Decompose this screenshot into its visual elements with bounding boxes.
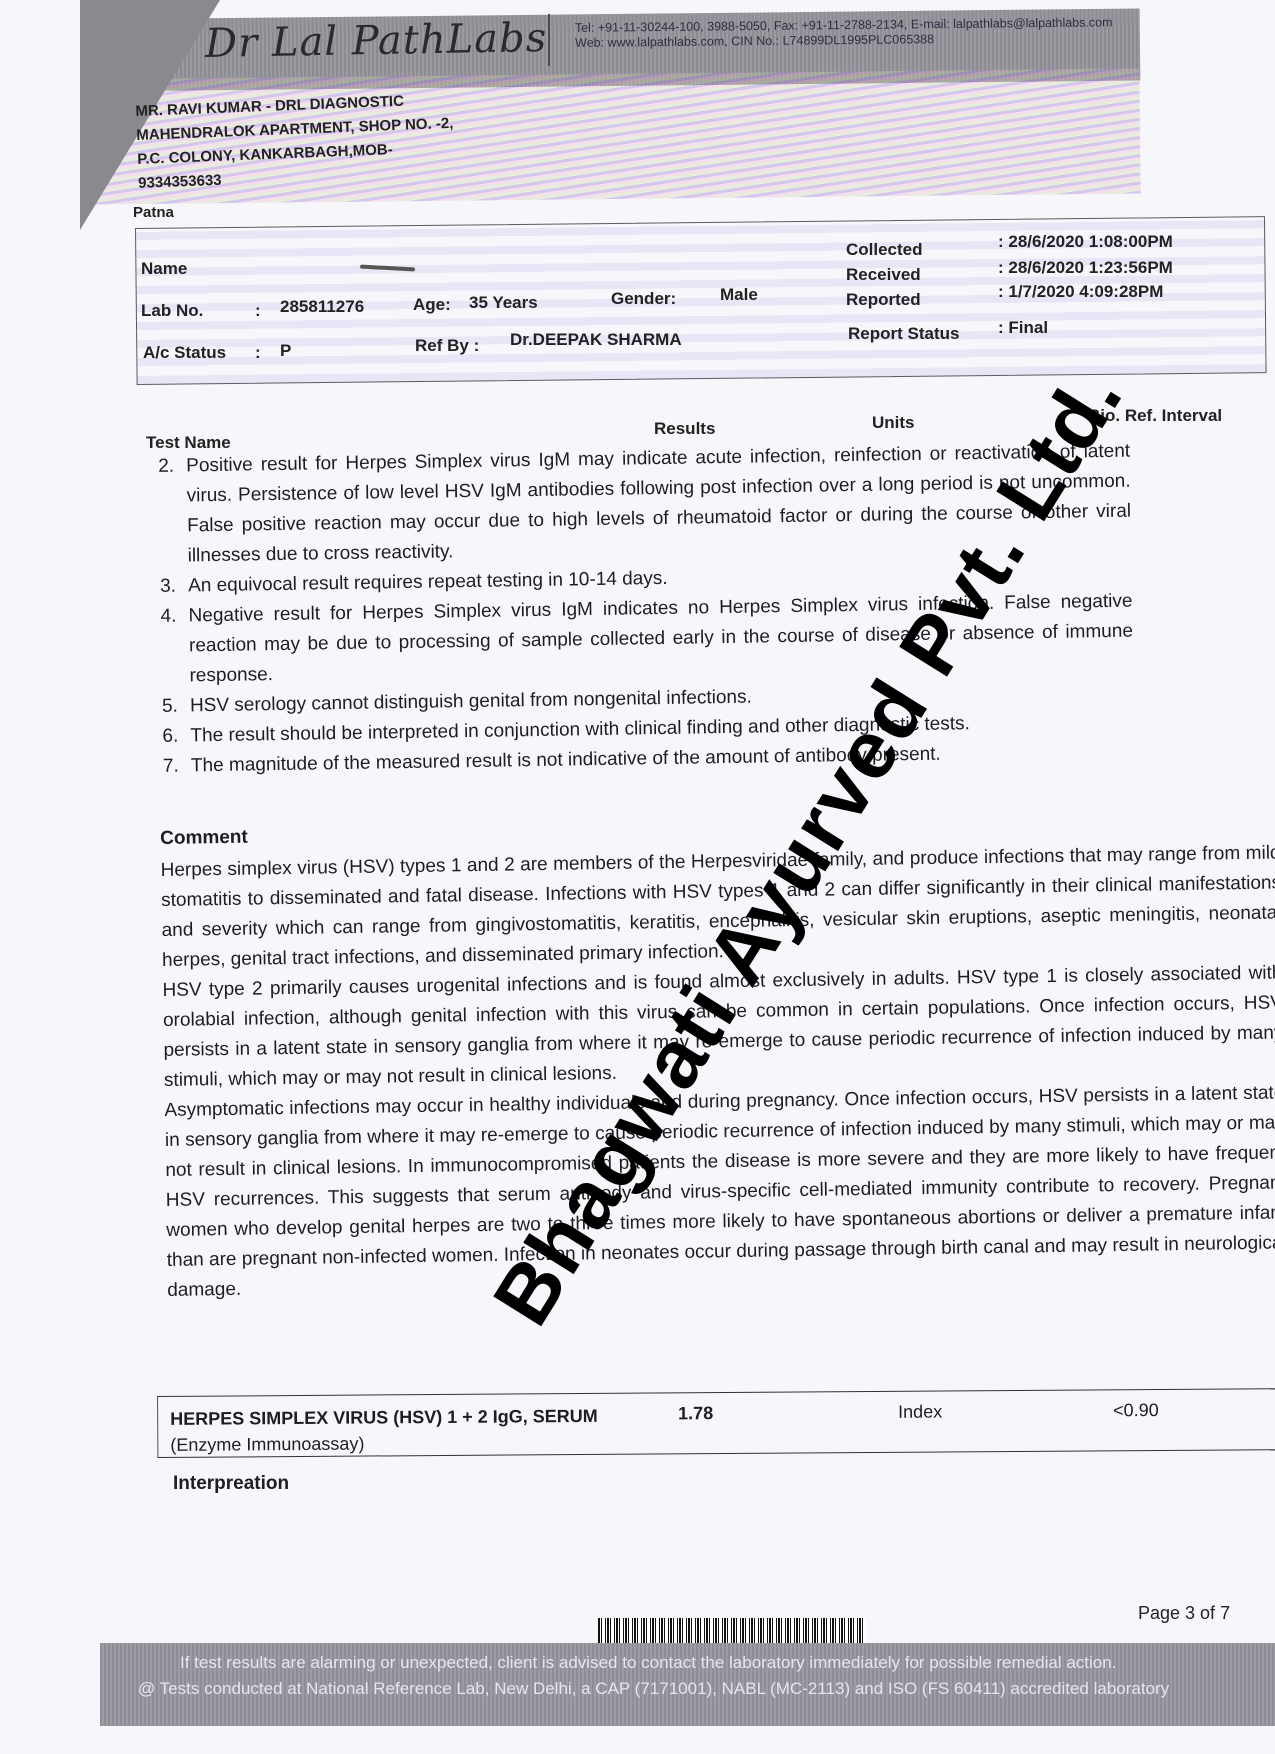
col-results: Results — [654, 419, 715, 439]
collected-value: : 28/6/2020 1:08:00PM — [998, 232, 1173, 252]
lab-no-label: Lab No. — [141, 301, 203, 321]
comment-paragraph: Asymptomatic infections may occur in hea… — [164, 1078, 1275, 1306]
collection-center-address: MR. RAVI KUMAR - DRL DIAGNOSTIC MAHENDRA… — [135, 88, 456, 196]
reported-value: : 1/7/2020 4:09:28PM — [998, 282, 1163, 302]
result-value: 1.78 — [678, 1403, 713, 1424]
name-label: Name — [141, 259, 187, 279]
result-test-name: HERPES SIMPLEX VIRUS (HSV) 1 + 2 IgG, SE… — [170, 1406, 598, 1430]
separator: : — [255, 301, 261, 321]
page-number: Page 3 of 7 — [1138, 1603, 1230, 1624]
report-status-value: : Final — [998, 318, 1048, 338]
report-status-label: Report Status — [848, 324, 959, 344]
age-label: Age: — [413, 295, 451, 315]
result-row: HERPES SIMPLEX VIRUS (HSV) 1 + 2 IgG, SE… — [157, 1388, 1275, 1458]
ref-by-label: Ref By : — [415, 336, 479, 356]
result-unit: Index — [898, 1402, 942, 1423]
collected-label: Collected — [846, 240, 923, 260]
note-number: 2. — [158, 452, 174, 482]
gender-value: Male — [720, 285, 758, 305]
footer-disclaimer: If test results are alarming or unexpect… — [180, 1653, 1116, 1673]
result-ref-interval: <0.90 — [1113, 1400, 1159, 1421]
note-text: An equivocal result requires repeat test… — [188, 568, 668, 597]
separator: : — [255, 343, 261, 363]
collection-city: Patna — [133, 204, 174, 221]
ac-status-value: P — [280, 341, 291, 361]
ac-status-label: A/c Status — [143, 343, 226, 363]
note-number: 3. — [160, 572, 176, 602]
note-number: 7. — [163, 752, 179, 782]
note-number: 5. — [162, 692, 178, 722]
note-number: 4. — [160, 602, 176, 632]
footer-band: If test results are alarming or unexpect… — [100, 1643, 1275, 1726]
footer-accreditation: @ Tests conducted at National Reference … — [138, 1679, 1169, 1699]
lab-logo: Dr Lal PathLabs — [205, 15, 548, 67]
note-number: 6. — [162, 722, 178, 752]
lab-report-page: Dr Lal PathLabs Tel: +91-11-30244-100, 3… — [0, 0, 1275, 1754]
header-divider — [548, 14, 550, 66]
lab-contact: Tel: +91-11-30244-100, 3988-5050, Fax: +… — [575, 15, 1135, 51]
reported-label: Reported — [846, 290, 921, 310]
age-value: 35 Years — [469, 293, 538, 313]
note-text: HSV serology cannot distinguish genital … — [190, 687, 752, 717]
result-method: (Enzyme Immunoassay) — [170, 1434, 364, 1456]
received-value: : 28/6/2020 1:23:56PM — [998, 258, 1173, 278]
gender-label: Gender: — [611, 289, 676, 309]
col-units: Units — [872, 413, 915, 433]
interpretation-heading: Interpreation — [173, 1473, 289, 1495]
received-label: Received — [846, 265, 921, 285]
ref-by-value: Dr.DEEPAK SHARMA — [510, 330, 682, 350]
lab-no-value: 285811276 — [280, 297, 364, 317]
